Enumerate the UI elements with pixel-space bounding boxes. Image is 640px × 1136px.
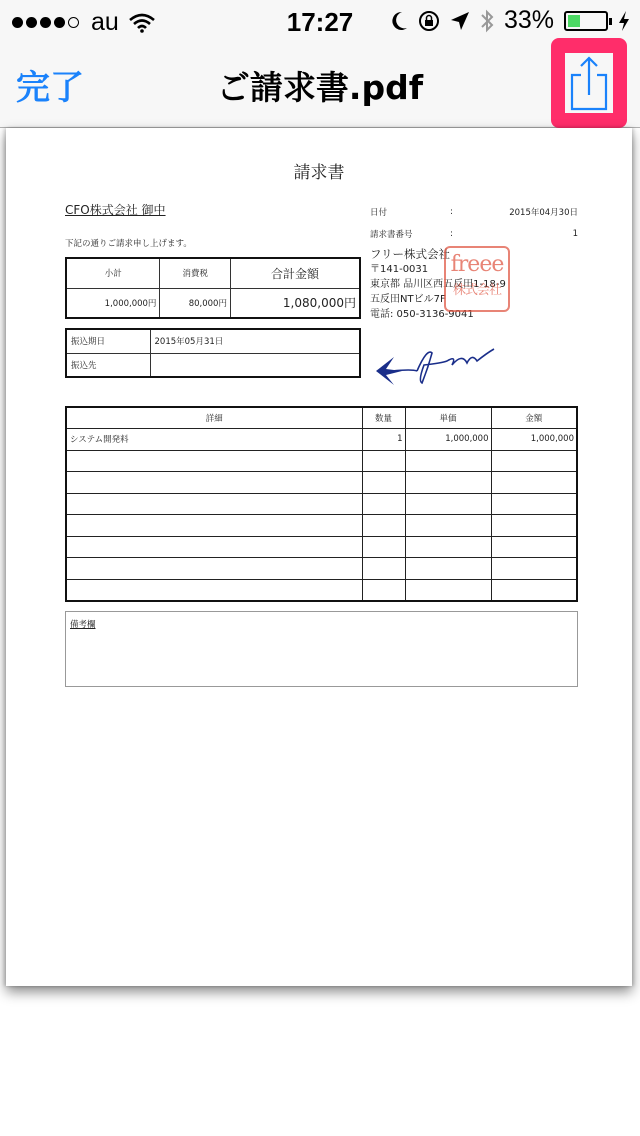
intro-text: 下記の通りご請求申し上げます。 bbox=[65, 237, 192, 249]
summary-table: 小計 消費税 合計金額 1,000,000円 80,000円 1,080,000… bbox=[65, 257, 361, 319]
meta-invoice-number: 請求書番号 : 1 bbox=[370, 223, 578, 245]
freee-logo bbox=[372, 343, 497, 387]
client-name: CFO株式会社 御中 bbox=[65, 201, 166, 218]
bluetooth-icon bbox=[480, 9, 494, 33]
top-bar: au 17:27 33% 完了 ご請求書.pdf bbox=[0, 0, 640, 128]
invoice-title: 請求書 bbox=[6, 158, 632, 183]
table-row bbox=[66, 558, 577, 580]
table-row: システム開発料11,000,0001,000,000 bbox=[66, 429, 577, 451]
payment-table: 振込期日 2015年05月31日 振込先 bbox=[65, 328, 361, 378]
table-row bbox=[66, 472, 577, 494]
items-table: 詳細 数量 単価 金額 システム開発料11,000,0001,000,000 bbox=[65, 406, 578, 602]
battery-percent: 33% bbox=[504, 6, 554, 35]
charging-icon bbox=[618, 10, 630, 32]
table-row bbox=[66, 579, 577, 601]
table-row bbox=[66, 536, 577, 558]
invoice-meta: 日付 : 2015年04月30日 請求書番号 : 1 bbox=[370, 201, 578, 245]
rotation-lock-icon bbox=[418, 10, 440, 32]
battery-icon bbox=[564, 11, 608, 31]
share-button[interactable] bbox=[551, 38, 627, 128]
meta-date: 日付 : 2015年04月30日 bbox=[370, 201, 578, 223]
notes-box: 備考欄 bbox=[65, 611, 578, 687]
table-row bbox=[66, 493, 577, 515]
document-title: ご請求書.pdf bbox=[0, 62, 640, 109]
company-seal-stamp: freee 株式会社 bbox=[444, 246, 510, 312]
table-row bbox=[66, 450, 577, 472]
location-icon bbox=[450, 11, 470, 31]
pdf-page[interactable]: 請求書 CFO株式会社 御中 下記の通りご請求申し上げます。 日付 : 2015… bbox=[6, 128, 632, 986]
moon-icon bbox=[390, 10, 408, 32]
notes-label: 備考欄 bbox=[70, 618, 96, 630]
table-row bbox=[66, 515, 577, 537]
status-bar: au 17:27 33% bbox=[0, 0, 640, 40]
share-icon bbox=[565, 53, 613, 113]
